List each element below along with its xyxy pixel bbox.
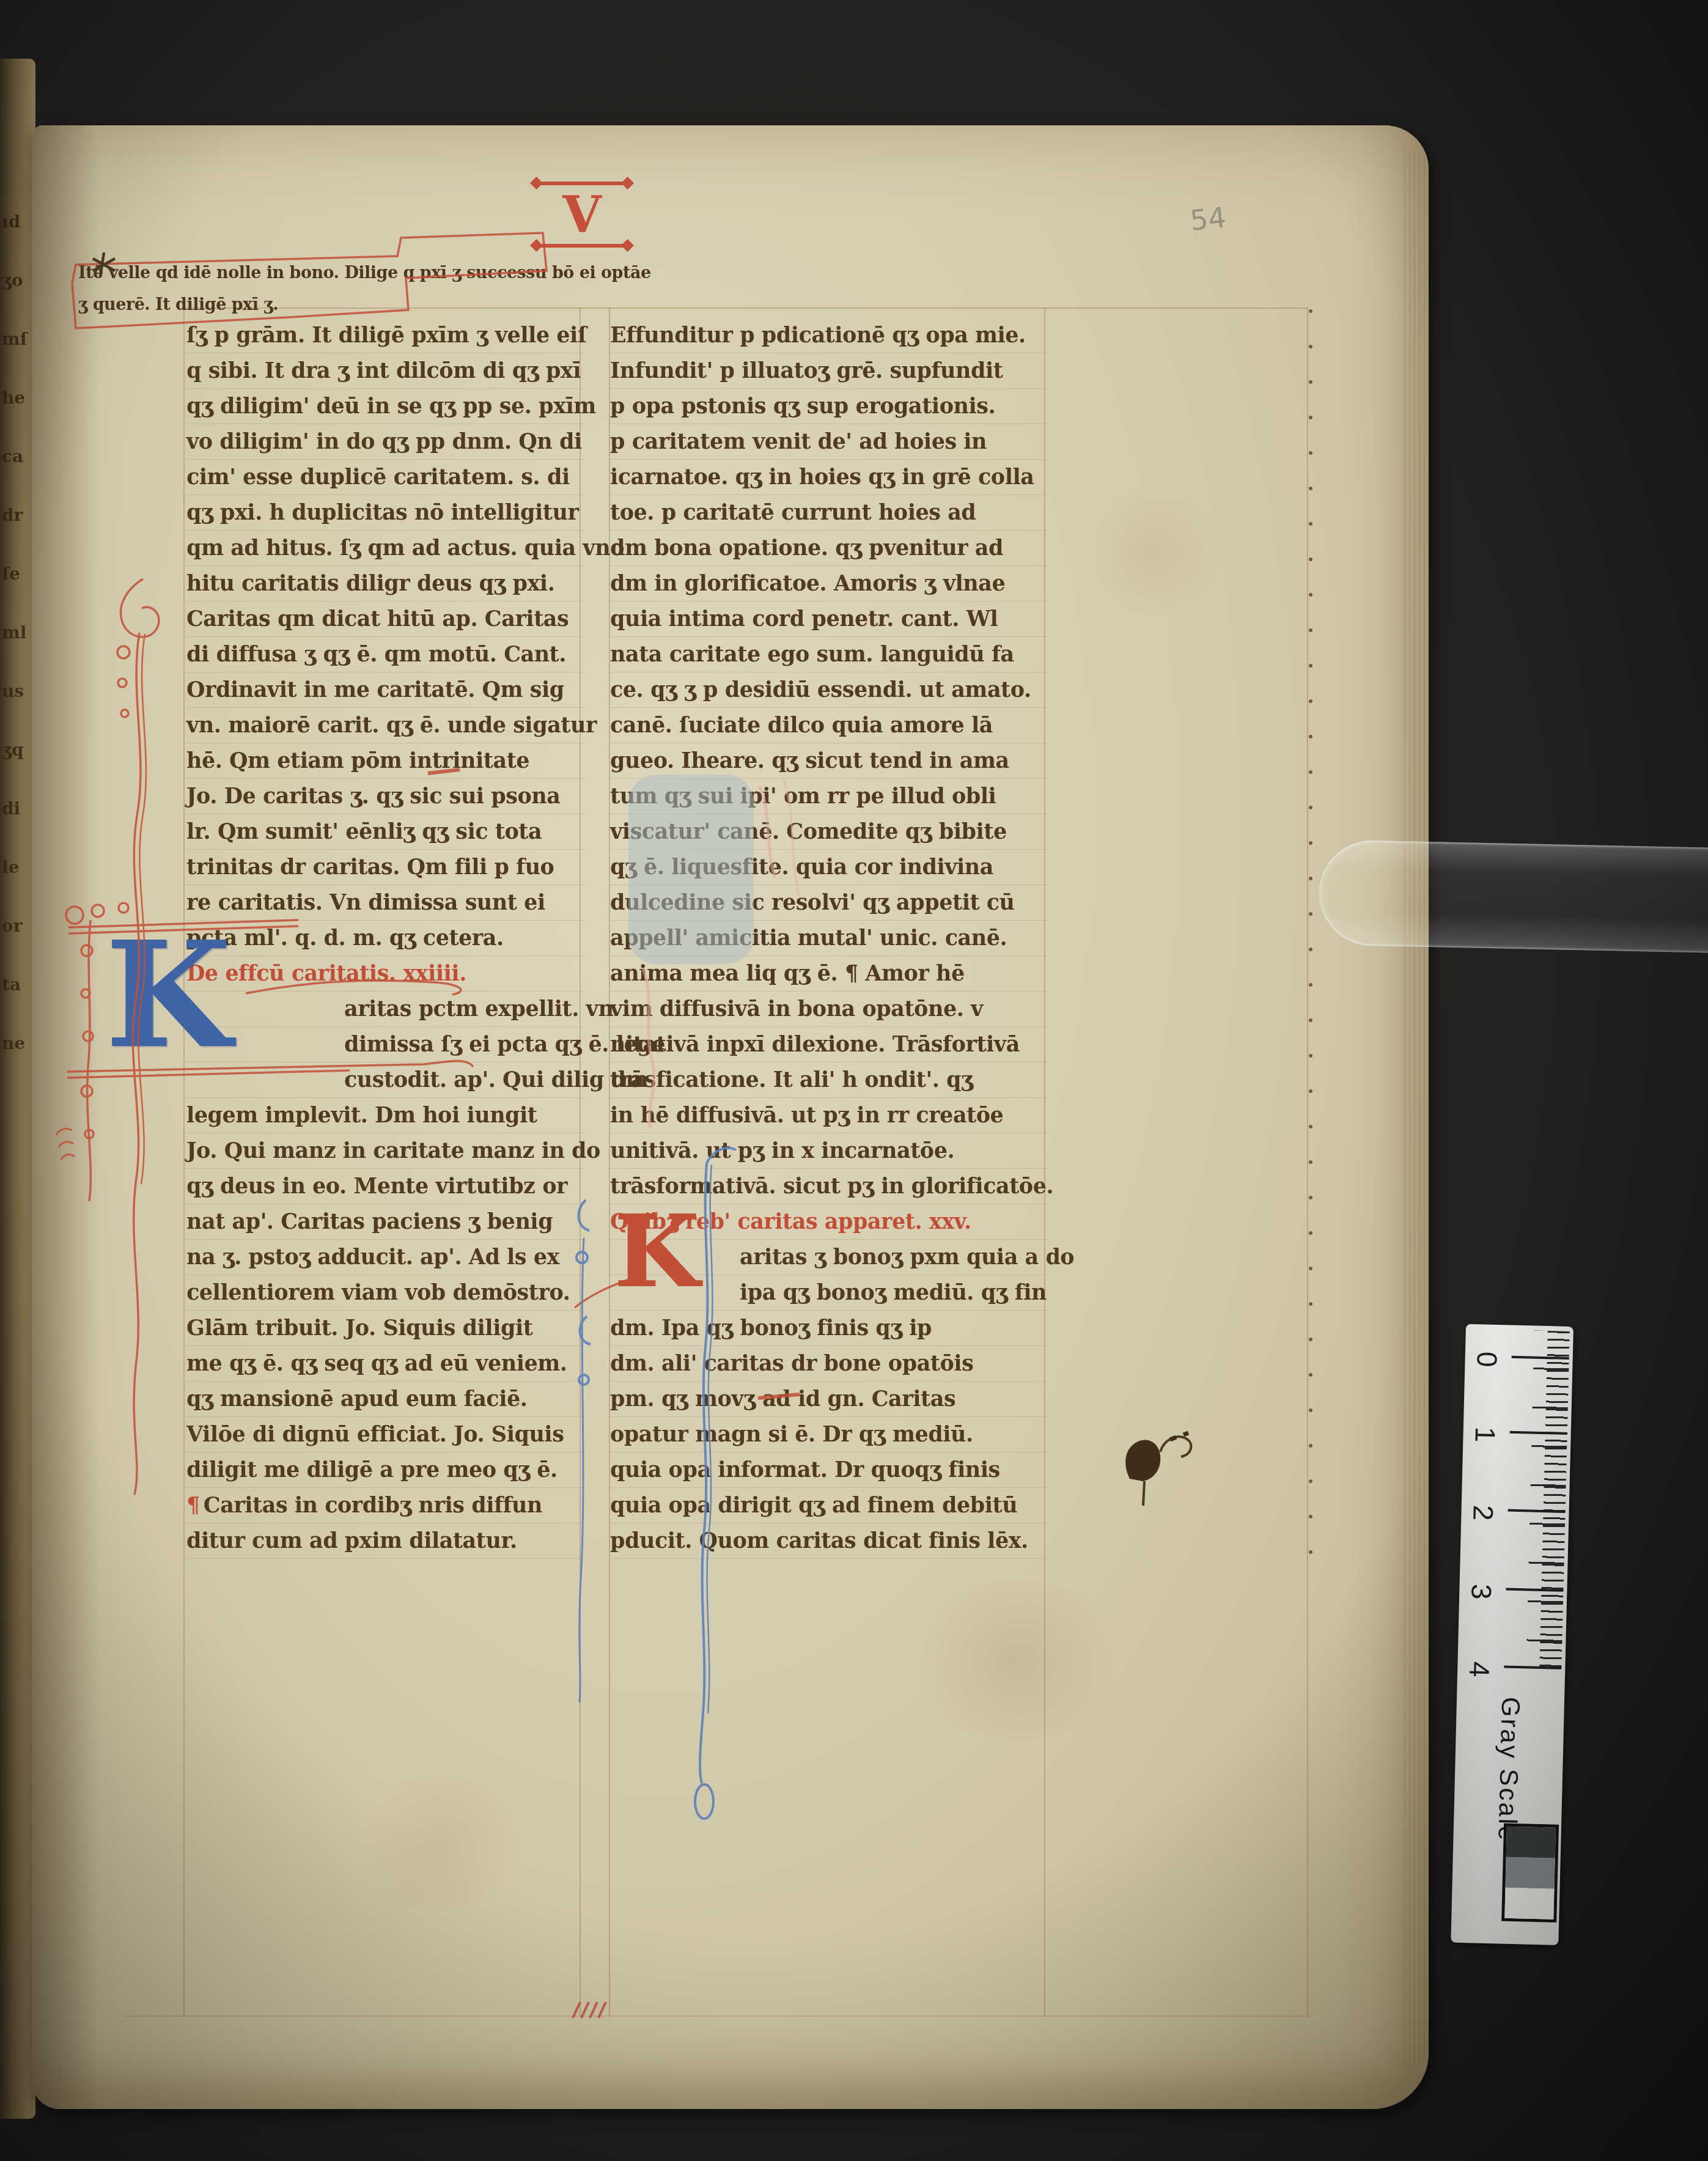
text-line: di diffusa ʒ qʒ ē. qm motū. Cant.: [186, 637, 584, 672]
ruler-cm-number: 3: [1465, 1577, 1498, 1607]
text-line: pm. qʒ movʒ ad id gn. Caritas: [610, 1382, 1047, 1417]
numeral-bottom-bar: [539, 244, 625, 248]
facing-page-text-fragment: he: [0, 388, 35, 446]
nota-mark-flourish: [1143, 1437, 1191, 1506]
gray-scale-label: Gray Scale: [1492, 1696, 1525, 1843]
nota-mark-dashes: [1170, 1433, 1188, 1440]
text-line: ditur cum ad pxim dilatatur.: [186, 1523, 584, 1559]
text-line: in hē diffusivā. ut pʒ in rr creatōe: [610, 1098, 1047, 1133]
text-line: dm in glorificatoe. Amoris ʒ vlnae: [610, 566, 1047, 602]
text-line: nitativā inpxī dilexione. Trāsfortivā: [610, 1027, 1047, 1062]
text-line: dulcedine sic resolvi' qʒ appetit cū: [610, 885, 1047, 921]
filigree-bead: [118, 679, 127, 687]
text-line: nat ap'. Caritas paciens ʒ benig: [186, 1204, 584, 1240]
margin-paraph-loop: [120, 579, 159, 637]
text-line: vo diligim' in do qʒ pp dnm. Qn di: [186, 424, 584, 460]
text-line: pcta ml'. q. d. m. qʒ cetera.: [186, 921, 584, 956]
text-line: dm. Ipa qʒ bonoʒ finis qʒ ip: [610, 1311, 1047, 1346]
facing-page-text-fragment: ʒq: [0, 740, 35, 798]
page-fore-edge: [1404, 150, 1429, 2069]
text-line: quia opa dirigit qʒ ad finem debitū: [610, 1488, 1047, 1523]
gray-patch-dark: [1506, 1827, 1556, 1858]
facing-page-text-fragment: or: [0, 916, 35, 974]
text-line: lr. Qm sumit' eēnliʒ qʒ sic tota: [186, 814, 584, 850]
decorated-initial-K-red: K: [614, 1202, 700, 1301]
text-line: vn. maiorē carit. qʒ ē. unde sigatur: [186, 708, 584, 743]
text-line: ſʒ p grām. It diligē pxīm ʒ velle eiſ: [186, 318, 584, 353]
text-line: anima mea liq qʒ ē. ¶ Amor hē: [610, 956, 1047, 992]
red-paragraph-mark: ¶: [186, 1493, 204, 1518]
text-line: De effcū caritatis. xxiiii.: [186, 956, 584, 992]
text-line: opatur magn si ē. Dr qʒ mediū.: [610, 1417, 1047, 1452]
text-line: unitivā. ut pʒ in x incarnatōe.: [610, 1133, 1047, 1169]
text-line: qʒ deus in eo. Mente virtutibz or: [186, 1169, 584, 1204]
text-line: dimissa ſʒ ei pcta qʒ ē. lege: [186, 1027, 584, 1062]
decorated-initial-K-blue: K: [105, 923, 232, 1069]
text-line: qʒ pxi. h duplicitas nō intelligitur: [186, 495, 584, 531]
facing-page-text-fragment: le: [0, 857, 35, 916]
text-line: custodit. ap'. Qui dilig dm: [186, 1062, 584, 1098]
facing-page-text-fragment: ʒo: [0, 270, 35, 329]
facing-page-text-fragment: ſe: [0, 564, 35, 622]
text-line: trāsficatione. It ali' h ondit'. qʒ: [610, 1062, 1047, 1098]
text-line: Infundit' p illuatoʒ grē. supfundit: [610, 353, 1047, 389]
facing-page-text-fragment: ne: [0, 1033, 35, 1092]
text-line: me qʒ ē. qʒ seq qʒ ad eū veniem.: [186, 1346, 584, 1382]
facing-page-text-fragment: mſ: [0, 329, 35, 388]
ruler-cm-number: 0: [1470, 1344, 1504, 1374]
plastic-holding-strap: [1318, 839, 1708, 952]
text-line: hitu caritatis diligr deus qʒ pxi.: [186, 566, 584, 602]
text-line: hē. Qm etiam pōm intrinitate: [186, 743, 584, 779]
ruling-line-left: [183, 307, 185, 2017]
ruler-cm-number: 1: [1468, 1419, 1502, 1449]
text-line: quia intima cord penetr. cant. Wl: [610, 602, 1047, 637]
text-line: Effunditur p pdicationē qʒ opa mie.: [610, 318, 1047, 353]
facing-page-text-fragment: ca: [0, 446, 35, 505]
text-line: toe. p caritatē currunt hoies ad: [610, 495, 1047, 531]
text-line: vim diffusivā in bona opatōne. v: [610, 992, 1047, 1027]
text-line: cellentiorem viam vob demōstro.: [186, 1275, 584, 1311]
text-line: na ʒ. pstoʒ adducit. ap'. Ad ls ex: [186, 1240, 584, 1275]
text-line: cim' esse duplicē caritatem. s. di: [186, 460, 584, 495]
text-line: dm bona opatione. qʒ pvenitur ad: [610, 531, 1047, 566]
text-line: p caritatem venit de' ad hoies in: [610, 424, 1047, 460]
parchment-stain: [900, 1580, 1132, 1739]
text-line: viscatur' canē. Comedite qʒ bibite: [610, 814, 1047, 850]
text-line: canē. ſuciate dilco quia amore lā: [610, 708, 1047, 743]
bottom-ruling-line: [123, 2016, 1309, 2017]
text-line: appell' amicitia mutal' unic. canē.: [610, 921, 1047, 956]
text-line: re caritatis. Vn dimissa sunt ei: [186, 885, 584, 921]
pricking-holes: [1308, 309, 1313, 1568]
text-line: pducit. Quom caritas dicat finis lēx.: [610, 1523, 1047, 1559]
numeral-top-bar: [539, 182, 625, 185]
text-line: aritas pctm expellit. vn: [186, 992, 584, 1027]
facing-page-text-fragment: dr: [0, 505, 35, 564]
text-line: Jo. De caritas ʒ. qʒ sic sui psona: [186, 779, 584, 814]
text-line: qʒ ē. liquesfite. quia cor indivina: [610, 850, 1047, 885]
gray-patch-mid: [1506, 1857, 1555, 1889]
text-line: Ordinavit in me caritatē. Qm sig: [186, 672, 584, 708]
ruler-cm-number: 2: [1467, 1498, 1500, 1528]
text-line: Vilōe di dignū efficiat. Jo. Siquis: [186, 1417, 584, 1452]
manuscript-page: V 54 Itē velle qd idē nolle in bono. Dil…: [32, 125, 1429, 2109]
text-line: q sibi. It dra ʒ int dilcōm di qʒ pxī: [186, 353, 584, 389]
right-text-column: Effunditur p pdicationē qʒ opa mie.Infun…: [610, 318, 1047, 1559]
facing-page-text-fragment: us: [0, 681, 35, 740]
text-line: trinitas dr caritas. Qm fili p fuo: [186, 850, 584, 885]
text-line: p opa pstonis qʒ sup erogationis.: [610, 389, 1047, 424]
filigree-bead: [117, 646, 130, 658]
nota-mark: [1125, 1440, 1160, 1481]
gray-scale-patches: [1501, 1824, 1559, 1923]
facing-page-text-fragment: ıd: [0, 212, 35, 270]
chapter-numeral: V: [533, 185, 631, 244]
text-line: tum qʒ sui ipi' om rr pe illud obli: [610, 779, 1047, 814]
margin-squiggle-double: [138, 634, 146, 1184]
marginal-gloss-line: ʒ querē. It diligē pxī ʒ.: [78, 289, 651, 321]
text-line: icarnatoe. qʒ in hoies qʒ in grē colla: [610, 460, 1047, 495]
text-line: dm. ali' caritas dr bone opatōis: [610, 1346, 1047, 1382]
marginal-gloss: Itē velle qd idē nolle in bono. Dilige q…: [78, 257, 651, 321]
text-line: ¶Caritas in cordibʒ nris diffun: [186, 1488, 584, 1523]
text-line: quia opa informat. Dr quoqʒ finis: [610, 1452, 1047, 1488]
gutter-shadow: [32, 125, 99, 2109]
text-line: Glām tribuit. Jo. Siquis diligit: [186, 1311, 584, 1346]
text-line: Caritas qm dicat hitū ap. Caritas: [186, 602, 584, 637]
binding-spine: ıdʒomſhecadrſemlusʒqdileortane: [0, 59, 35, 2119]
folio-number: 54: [1188, 201, 1228, 237]
grayscale-ruler: 01234 Gray Scale: [1451, 1324, 1574, 1945]
text-line: qm ad hitus. ſʒ qm ad actus. quia vno: [186, 531, 584, 566]
facing-page-text-fragment: di: [0, 798, 35, 857]
chapter-numeral-block: V: [533, 182, 631, 254]
text-line: legem implevit. Dm hoi iungit: [186, 1098, 584, 1133]
text-line: gueo. Iheare. qʒ sicut tend in ama: [610, 743, 1047, 779]
parchment-stain: [1071, 492, 1230, 614]
gray-patch-white: [1504, 1888, 1554, 1920]
text-line: ce. qʒ ʒ p desidiū essendi. ut amato.: [610, 672, 1047, 708]
filigree-bead: [121, 710, 128, 717]
parchment-stain: [350, 1776, 533, 1910]
text-line: qʒ diligim' deū in se qʒ pp se. pxīm: [186, 389, 584, 424]
facing-page-text-fragment: ml: [0, 622, 35, 681]
marginal-gloss-line: Itē velle qd idē nolle in bono. Dilige q…: [78, 257, 651, 289]
facing-page-text-fragment: ta: [0, 974, 35, 1033]
blue-bulb-terminal: [695, 1784, 713, 1819]
text-line: diligit me diligē a pre meo qʒ ē.: [186, 1452, 584, 1488]
text-line: Jo. Qui manz in caritate manz in do: [186, 1133, 584, 1169]
left-text-column: ſʒ p grām. It diligē pxīm ʒ velle eiſq s…: [186, 318, 584, 1559]
ruler-cm-number: 4: [1463, 1654, 1496, 1684]
text-line: qʒ mansionē apud eum faciē.: [186, 1382, 584, 1417]
text-line: nata caritate ego sum. languidū fa: [610, 637, 1047, 672]
